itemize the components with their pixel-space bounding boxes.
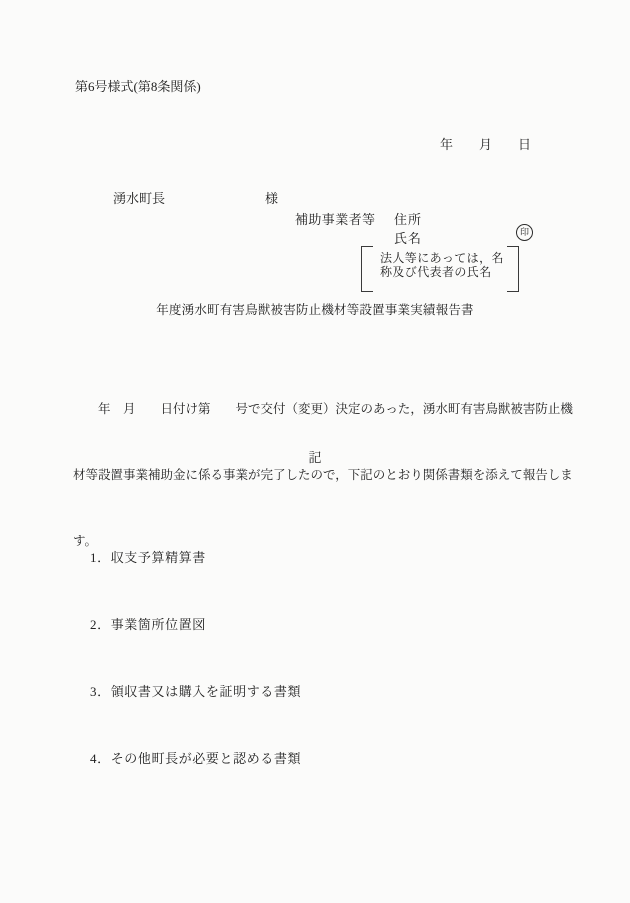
attachment-item-3: 3．領収書又は購入を証明する書類 — [90, 681, 301, 703]
applicant-label: 補助事業者等 — [295, 209, 375, 228]
attachment-item-4: 4．その他町長が必要と認める書類 — [90, 748, 301, 770]
address-label: 住所 — [394, 209, 422, 228]
seal-character: 印 — [520, 228, 529, 237]
addressee-line: 湧水町長様 — [100, 172, 278, 223]
seal-mark: 印 — [516, 224, 533, 241]
name-label: 氏名 — [394, 228, 422, 247]
form-number: 第6号様式(第8条関係) — [75, 76, 201, 95]
date-line: 年 月 日 — [440, 134, 531, 153]
addressee-honorific: 様 — [265, 191, 278, 206]
corporate-name-note: 法人等にあっては，名 称及び代表者の氏名 — [361, 246, 519, 292]
note-line-2: 称及び代表者の氏名 — [380, 265, 519, 279]
attachment-item-2: 2．事業箇所位置図 — [90, 614, 301, 636]
addressee-name: 湧水町長 — [113, 191, 165, 206]
body-line-2: 材等設置事業補助金に係る事業が完了したので，下記のとおり関係書類を添えて報告しま — [73, 464, 573, 486]
attachment-item-1: 1．収支予算精算書 — [90, 547, 301, 569]
attachment-list: 1．収支予算精算書 2．事業箇所位置図 3．領収書又は購入を証明する書類 4．そ… — [90, 502, 301, 816]
record-mark: 記 — [0, 447, 630, 466]
note-line-1: 法人等にあっては，名 — [380, 251, 519, 265]
body-line-1: 年 月 日付け第 号で交付（変更）決定のあった，湧水町有害鳥獣被害防止機 — [73, 398, 573, 420]
document-title: 年度湧水町有害鳥獣被害防止機材等設置事業実績報告書 — [0, 300, 630, 318]
document-page: 第6号様式(第8条関係) 年 月 日 湧水町長様 補助事業者等 住所 氏名 印 … — [0, 0, 630, 903]
